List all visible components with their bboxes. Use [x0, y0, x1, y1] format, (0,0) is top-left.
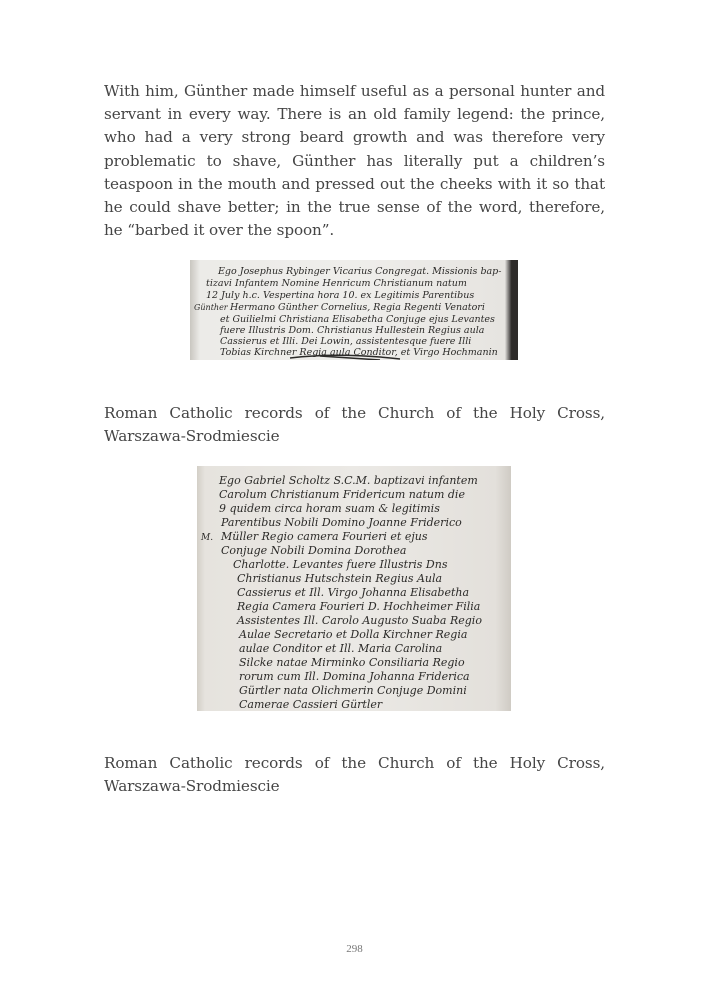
- scanned-record-image-1: Ego Josephus Rybinger Vicarius Congregat…: [190, 260, 518, 360]
- svg-text:et Guilielmi Christiana Elisab: et Guilielmi Christiana Elisabetha Conju…: [220, 314, 495, 325]
- svg-text:Conjuge Nobili Domina Dorothea: Conjuge Nobili Domina Dorothea: [221, 544, 406, 557]
- svg-text:Gürtler nata Olichmerin Conjug: Gürtler nata Olichmerin Conjuge Domini: [239, 684, 467, 697]
- svg-text:Camerae Cassieri Gürtler: Camerae Cassieri Gürtler: [239, 698, 383, 711]
- svg-text:12 July h.c. Vespertina hora 1: 12 July h.c. Vespertina hora 10. ex Legi…: [206, 290, 474, 301]
- handwriting-scan-2: Ego Gabriel Scholtz S.C.M. baptizavi inf…: [197, 466, 511, 711]
- svg-text:Aulae Secretario et Dolla Kirc: Aulae Secretario et Dolla Kirchner Regia: [238, 628, 467, 641]
- svg-text:Christianus Hutschstein Regius: Christianus Hutschstein Regius Aula: [237, 572, 442, 585]
- svg-text:Cassierus et Illi. Dei Lowin,: Cassierus et Illi. Dei Lowin, assistente…: [220, 336, 471, 347]
- svg-text:Ego Gabriel Scholtz S.C.M. bap: Ego Gabriel Scholtz S.C.M. baptizavi inf…: [218, 474, 478, 487]
- svg-text:Regia Camera Fourieri D. Hochh: Regia Camera Fourieri D. Hochheimer Fili…: [236, 600, 480, 613]
- scanned-record-image-2: Ego Gabriel Scholtz S.C.M. baptizavi inf…: [197, 466, 511, 711]
- svg-text:Müller Regio camera Fourieri e: Müller Regio camera Fourieri et ejus: [220, 530, 428, 543]
- svg-text:fuere Illustris Dom. Christian: fuere Illustris Dom. Christianus Hullest…: [219, 325, 485, 336]
- figure-caption-2: Roman Catholic records of the Church of …: [104, 752, 605, 798]
- svg-text:9 quidem circa horam suam & le: 9 quidem circa horam suam & legitimis: [219, 502, 440, 515]
- svg-text:aulae Conditor et Ill. Maria C: aulae Conditor et Ill. Maria Carolina: [239, 642, 442, 655]
- svg-text:Silcke natae Mirminko Consilia: Silcke natae Mirminko Consiliaria Regio: [239, 656, 465, 669]
- svg-text:Parentibus Nobili Domino Joann: Parentibus Nobili Domino Joanne Frideric…: [220, 516, 462, 529]
- svg-text:Assistentes Ill. Carolo August: Assistentes Ill. Carolo Augusto Suaba Re…: [236, 614, 482, 627]
- svg-text:M.: M.: [200, 533, 213, 543]
- svg-text:Cassierus et Ill. Virgo Johann: Cassierus et Ill. Virgo Johanna Elisabet…: [237, 586, 469, 599]
- handwriting-scan-1: Ego Josephus Rybinger Vicarius Congregat…: [190, 260, 518, 360]
- page-number: 298: [0, 943, 709, 955]
- figure-caption-1: Roman Catholic records of the Church of …: [104, 402, 605, 448]
- svg-text:Charlotte. Levantes fuere Illu: Charlotte. Levantes fuere Illustris Dns: [233, 558, 448, 571]
- svg-text:Günther: Günther: [194, 303, 229, 312]
- svg-text:Ego Josephus Rybinger Vicarius: Ego Josephus Rybinger Vicarius Congregat…: [217, 266, 501, 277]
- body-paragraph: With him, Günther made himself useful as…: [104, 80, 605, 242]
- svg-text:rorum cum Ill. Domina Johanna: rorum cum Ill. Domina Johanna Friderica: [239, 670, 470, 683]
- svg-text:Carolum Christianum Fridericum: Carolum Christianum Fridericum natum die: [219, 488, 465, 501]
- svg-text:Hermano Günther Cornelius, Reg: Hermano Günther Cornelius, Regia Regenti…: [229, 302, 485, 313]
- svg-text:tizavi Infantem Nomine Henricu: tizavi Infantem Nomine Henricum Christia…: [206, 278, 467, 289]
